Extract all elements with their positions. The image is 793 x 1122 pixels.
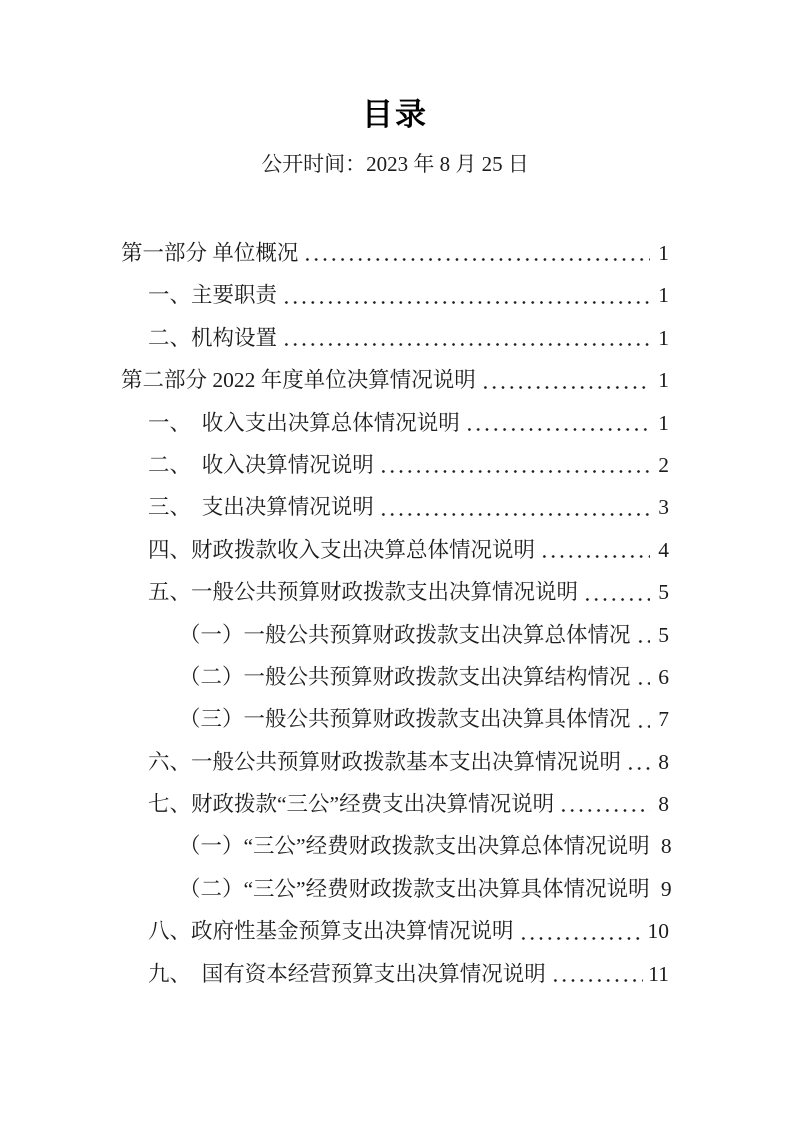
page-title: 目录 <box>121 96 669 134</box>
dot-leader <box>301 232 650 274</box>
dot-leader <box>463 402 650 444</box>
toc-entry[interactable]: （二）“三公”经费财政拨款支出决算具体情况说明9 <box>121 868 669 910</box>
toc-entry-label: 一、主要职责 <box>148 274 277 316</box>
toc-entry-page-number: 6 <box>655 656 669 698</box>
toc-entry-label: 五、一般公共预算财政拨款支出决算情况说明 <box>148 571 578 613</box>
dot-leader <box>549 953 644 995</box>
toc-entry[interactable]: 七、财政拨款“三公”经费支出决算情况说明8 <box>121 783 669 825</box>
dot-leader <box>377 486 650 528</box>
toc-entry-label: （一）一般公共预算财政拨款支出决算总体情况 <box>179 614 631 656</box>
toc-entry-page-number: 1 <box>655 317 669 359</box>
toc-entry[interactable]: 二、 收入决算情况说明2 <box>121 444 669 486</box>
toc-entry[interactable]: （一）一般公共预算财政拨款支出决算总体情况5 <box>121 614 669 656</box>
toc-entry-page-number: 8 <box>658 825 672 867</box>
toc-entry[interactable]: 六、一般公共预算财政拨款基本支出决算情况说明8 <box>121 741 669 783</box>
dot-leader <box>581 571 650 613</box>
toc-entry-label: 二、机构设置 <box>148 317 277 359</box>
toc-entry-label: 第一部分 单位概况 <box>121 232 298 274</box>
dot-leader <box>634 614 650 656</box>
toc-entry-label: （一）“三公”经费财政拨款支出决算总体情况说明 <box>179 825 650 867</box>
toc-entry[interactable]: 二、机构设置1 <box>121 317 669 359</box>
toc-entry[interactable]: 八、政府性基金预算支出决算情况说明10 <box>121 910 669 952</box>
toc-entry[interactable]: 第一部分 单位概况1 <box>121 232 669 274</box>
toc-entry[interactable]: （二）一般公共预算财政拨款支出决算结构情况6 <box>121 656 669 698</box>
toc-entry-label: 第二部分 2022 年度单位决算情况说明 <box>121 359 476 401</box>
dot-leader <box>624 741 650 783</box>
toc-entry-label: 七、财政拨款“三公”经费支出决算情况说明 <box>148 783 554 825</box>
toc-entry[interactable]: （三）一般公共预算财政拨款支出决算具体情况7 <box>121 698 669 740</box>
toc-entry-label: （二）“三公”经费财政拨款支出决算具体情况说明 <box>179 868 650 910</box>
document-page: 目录 公开时间：2023 年 8 月 25 日 第一部分 单位概况1一、主要职责… <box>0 0 793 1122</box>
toc-entry[interactable]: （一）“三公”经费财政拨款支出决算总体情况说明8 <box>121 825 669 867</box>
toc-entry-label: 二、 收入决算情况说明 <box>148 444 374 486</box>
toc-entry-page-number: 2 <box>655 444 669 486</box>
dot-leader <box>634 698 650 740</box>
toc-entry-page-number: 5 <box>655 571 669 613</box>
toc-entry-page-number: 8 <box>655 783 669 825</box>
toc-entry[interactable]: 一、 收入支出决算总体情况说明1 <box>121 402 669 444</box>
toc-entry[interactable]: 第二部分 2022 年度单位决算情况说明1 <box>121 359 669 401</box>
toc-entry-page-number: 11 <box>648 953 669 995</box>
toc-entry-label: 六、一般公共预算财政拨款基本支出决算情况说明 <box>148 741 621 783</box>
dot-leader <box>280 274 650 316</box>
dot-leader <box>557 783 650 825</box>
toc-entry-label: （二）一般公共预算财政拨款支出决算结构情况 <box>179 656 631 698</box>
toc-entry-label: （三）一般公共预算财政拨款支出决算具体情况 <box>179 698 631 740</box>
toc-entry-page-number: 7 <box>655 698 669 740</box>
toc-entry-label: 三、 支出决算情况说明 <box>148 486 374 528</box>
toc-entry-label: 一、 收入支出决算总体情况说明 <box>148 402 460 444</box>
dot-leader <box>538 529 650 571</box>
toc-entry-page-number: 10 <box>648 910 670 952</box>
toc-entry-label: 八、政府性基金预算支出决算情况说明 <box>148 910 514 952</box>
toc-entry-page-number: 8 <box>655 741 669 783</box>
toc-entry-label: 四、财政拨款收入支出决算总体情况说明 <box>148 529 535 571</box>
toc-entry-page-number: 9 <box>658 868 672 910</box>
dot-leader <box>517 910 643 952</box>
toc-entry[interactable]: 四、财政拨款收入支出决算总体情况说明4 <box>121 529 669 571</box>
toc-entry[interactable]: 三、 支出决算情况说明3 <box>121 486 669 528</box>
toc-entry-page-number: 1 <box>655 402 669 444</box>
toc-entry-page-number: 1 <box>655 232 669 274</box>
toc-entry-page-number: 1 <box>655 359 669 401</box>
toc-entry[interactable]: 九、 国有资本经营预算支出决算情况说明11 <box>121 953 669 995</box>
dot-leader <box>377 444 650 486</box>
toc-entry-page-number: 4 <box>655 529 669 571</box>
publish-time: 公开时间：2023 年 8 月 25 日 <box>121 151 669 177</box>
toc-entry-page-number: 1 <box>655 274 669 316</box>
dot-leader <box>479 359 650 401</box>
dot-leader <box>634 656 650 698</box>
toc-entry-page-number: 3 <box>655 486 669 528</box>
dot-leader <box>280 317 650 359</box>
toc-entry-label: 九、 国有资本经营预算支出决算情况说明 <box>148 953 546 995</box>
toc-entry[interactable]: 五、一般公共预算财政拨款支出决算情况说明5 <box>121 571 669 613</box>
table-of-contents: 第一部分 单位概况1一、主要职责1二、机构设置1第二部分 2022 年度单位决算… <box>121 232 669 995</box>
toc-entry[interactable]: 一、主要职责1 <box>121 274 669 316</box>
toc-entry-page-number: 5 <box>655 614 669 656</box>
